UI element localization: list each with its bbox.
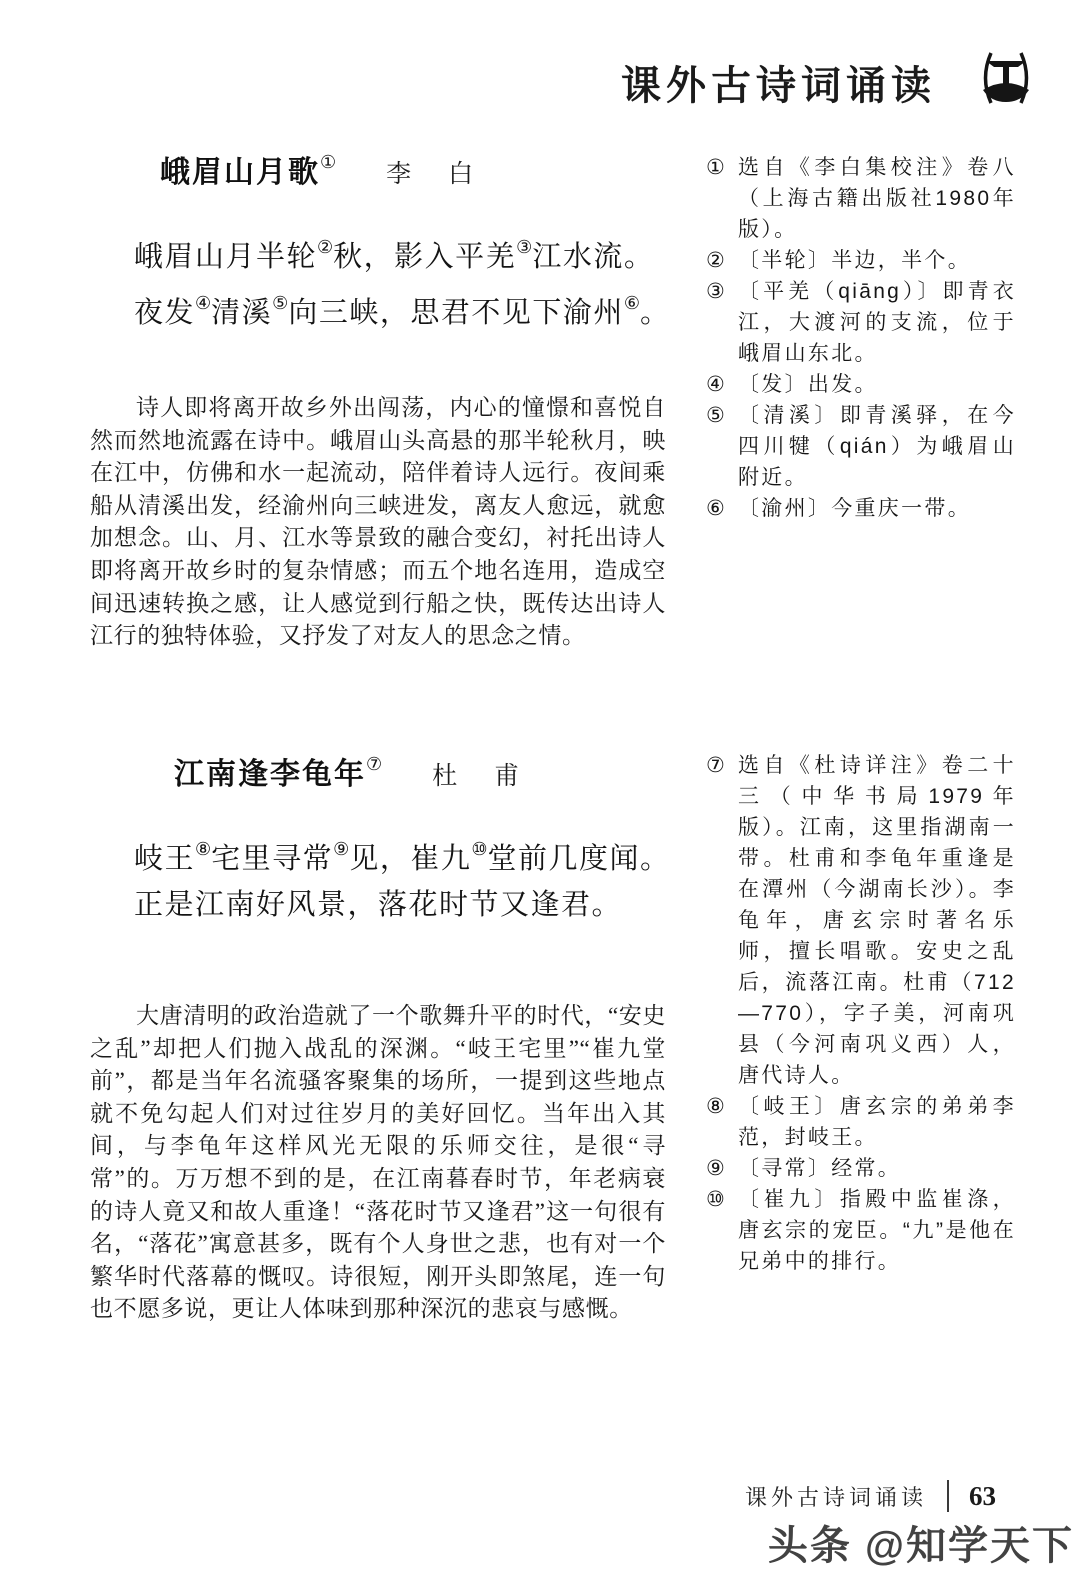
footnote-3: ③〔平羌（qiāng）〕即青衣江，大渡河的支流，位于峨眉山东北。 — [706, 276, 1016, 369]
footnote-ref-2: ② — [317, 237, 333, 257]
footnote-6-number: ⑥ — [706, 493, 738, 524]
volume-seal-icon — [976, 48, 1036, 108]
footnotes-group-1: ①选自《李白集校注》卷八（上海古籍出版社1980年版）。 ②〔半轮〕半边，半个。… — [706, 152, 1016, 524]
footnote-ref-5: ⑤ — [272, 293, 288, 313]
footnote-7-text: 选自《杜诗详注》卷二十三（中华书局1979年版）。江南，这里指湖南一带。杜甫和李… — [738, 750, 1016, 1091]
footnote-ref-3: ③ — [516, 237, 532, 257]
poem1-commentary: 诗人即将离开故乡外出闯荡，内心的憧憬和喜悦自然而然地流露在诗中。峨眉山头高悬的那… — [90, 392, 666, 653]
poem1-author: 李 白 — [386, 161, 479, 188]
footnote-3-text: 〔平羌（qiāng）〕即青衣江，大渡河的支流，位于峨眉山东北。 — [738, 276, 1016, 369]
page-header: 课外古诗词诵读 — [0, 48, 1080, 118]
toutiao-watermark: 头条 @知学天下 — [768, 1514, 1074, 1571]
footnote-10-text: 〔崔九〕指殿中监崔涤，唐玄宗的宠臣。“九”是他在兄弟中的排行。 — [738, 1184, 1016, 1277]
poem2-author: 杜 甫 — [432, 763, 525, 790]
footer-section-label: 课外古诗词诵读 — [745, 1481, 927, 1512]
footnote-5-number: ⑤ — [706, 400, 738, 493]
footnote-5: ⑤〔清溪〕即青溪驿，在今四川犍（qián）为峨眉山附近。 — [706, 400, 1016, 493]
footnote-1-number: ① — [706, 152, 738, 245]
poem2-line2: 正是江南好风景，落花时节又逢君。 — [134, 882, 670, 928]
footnotes-group-2: ⑦选自《杜诗详注》卷二十三（中华书局1979年版）。江南，这里指湖南一带。杜甫和… — [706, 750, 1016, 1277]
footnote-10-number: ⑩ — [706, 1184, 738, 1277]
footnote-2-number: ② — [706, 245, 738, 276]
footnote-ref-6: ⑥ — [624, 293, 640, 313]
textbook-page: 课外古诗词诵读 峨眉山月歌①李 白 峨眉山月半轮②秋，影入平羌③江水流。 夜发④… — [0, 0, 1080, 1589]
poem1-verse: 峨眉山月半轮②秋，影入平羌③江水流。 夜发④清溪⑤向三峡，思君不见下渝州⑥。 — [134, 224, 670, 336]
poem1-line2: 夜发④清溪⑤向三峡，思君不见下渝州⑥。 — [134, 280, 670, 336]
poem2-title: 江南逢李龟年 — [174, 758, 366, 791]
poem2-verse: 岐王⑧宅里寻常⑨见，崔九⑩堂前几度闻。 正是江南好风景，落花时节又逢君。 — [134, 826, 670, 928]
footer-divider — [947, 1480, 949, 1512]
footnote-2-text: 〔半轮〕半边，半个。 — [738, 245, 1016, 276]
footnote-9-number: ⑨ — [706, 1153, 738, 1184]
footnote-1-text: 选自《李白集校注》卷八（上海古籍出版社1980年版）。 — [738, 152, 1016, 245]
page-footer: 课外古诗词诵读 63 — [745, 1480, 996, 1512]
poem1-title: 峨眉山月歌 — [160, 156, 320, 189]
poem1-title-footnote-ref: ① — [320, 152, 336, 172]
page-number: 63 — [969, 1481, 996, 1512]
footnote-9: ⑨〔寻常〕经常。 — [706, 1153, 1016, 1184]
footnote-3-number: ③ — [706, 276, 738, 369]
footnote-ref-8: ⑧ — [195, 839, 211, 859]
chapter-title: 课外古诗词诵读 — [621, 54, 936, 111]
footnote-7-number: ⑦ — [706, 750, 738, 1091]
footnote-2: ②〔半轮〕半边，半个。 — [706, 245, 1016, 276]
footnote-8-text: 〔岐王〕唐玄宗的弟弟李范，封岐王。 — [738, 1091, 1016, 1153]
poem2-commentary: 大唐清明的政治造就了一个歌舞升平的时代，“安史之乱”却把人们抛入战乱的深渊。“岐… — [90, 1000, 666, 1326]
poem1-line1: 峨眉山月半轮②秋，影入平羌③江水流。 — [134, 224, 670, 280]
footnote-9-text: 〔寻常〕经常。 — [738, 1153, 1016, 1184]
footnote-ref-4: ④ — [195, 293, 211, 313]
footnote-8: ⑧〔岐王〕唐玄宗的弟弟李范，封岐王。 — [706, 1091, 1016, 1153]
footnote-6-text: 〔渝州〕今重庆一带。 — [738, 493, 1016, 524]
footnote-1: ①选自《李白集校注》卷八（上海古籍出版社1980年版）。 — [706, 152, 1016, 245]
poem2-line1: 岐王⑧宅里寻常⑨见，崔九⑩堂前几度闻。 — [134, 826, 670, 882]
footnote-5-text: 〔清溪〕即青溪驿，在今四川犍（qián）为峨眉山附近。 — [738, 400, 1016, 493]
footnote-7: ⑦选自《杜诗详注》卷二十三（中华书局1979年版）。江南，这里指湖南一带。杜甫和… — [706, 750, 1016, 1091]
footnote-ref-9: ⑨ — [333, 839, 349, 859]
footnote-4-number: ④ — [706, 369, 738, 400]
footnote-8-number: ⑧ — [706, 1091, 738, 1153]
poem1-heading: 峨眉山月歌①李 白 — [160, 147, 479, 191]
footnote-4: ④〔发〕出发。 — [706, 369, 1016, 400]
footnote-10: ⑩〔崔九〕指殿中监崔涤，唐玄宗的宠臣。“九”是他在兄弟中的排行。 — [706, 1184, 1016, 1277]
footnote-4-text: 〔发〕出发。 — [738, 369, 1016, 400]
footnote-6: ⑥〔渝州〕今重庆一带。 — [706, 493, 1016, 524]
poem2-title-footnote-ref: ⑦ — [366, 754, 382, 774]
footnote-ref-10: ⑩ — [471, 839, 487, 859]
poem2-heading: 江南逢李龟年⑦杜 甫 — [174, 749, 525, 793]
